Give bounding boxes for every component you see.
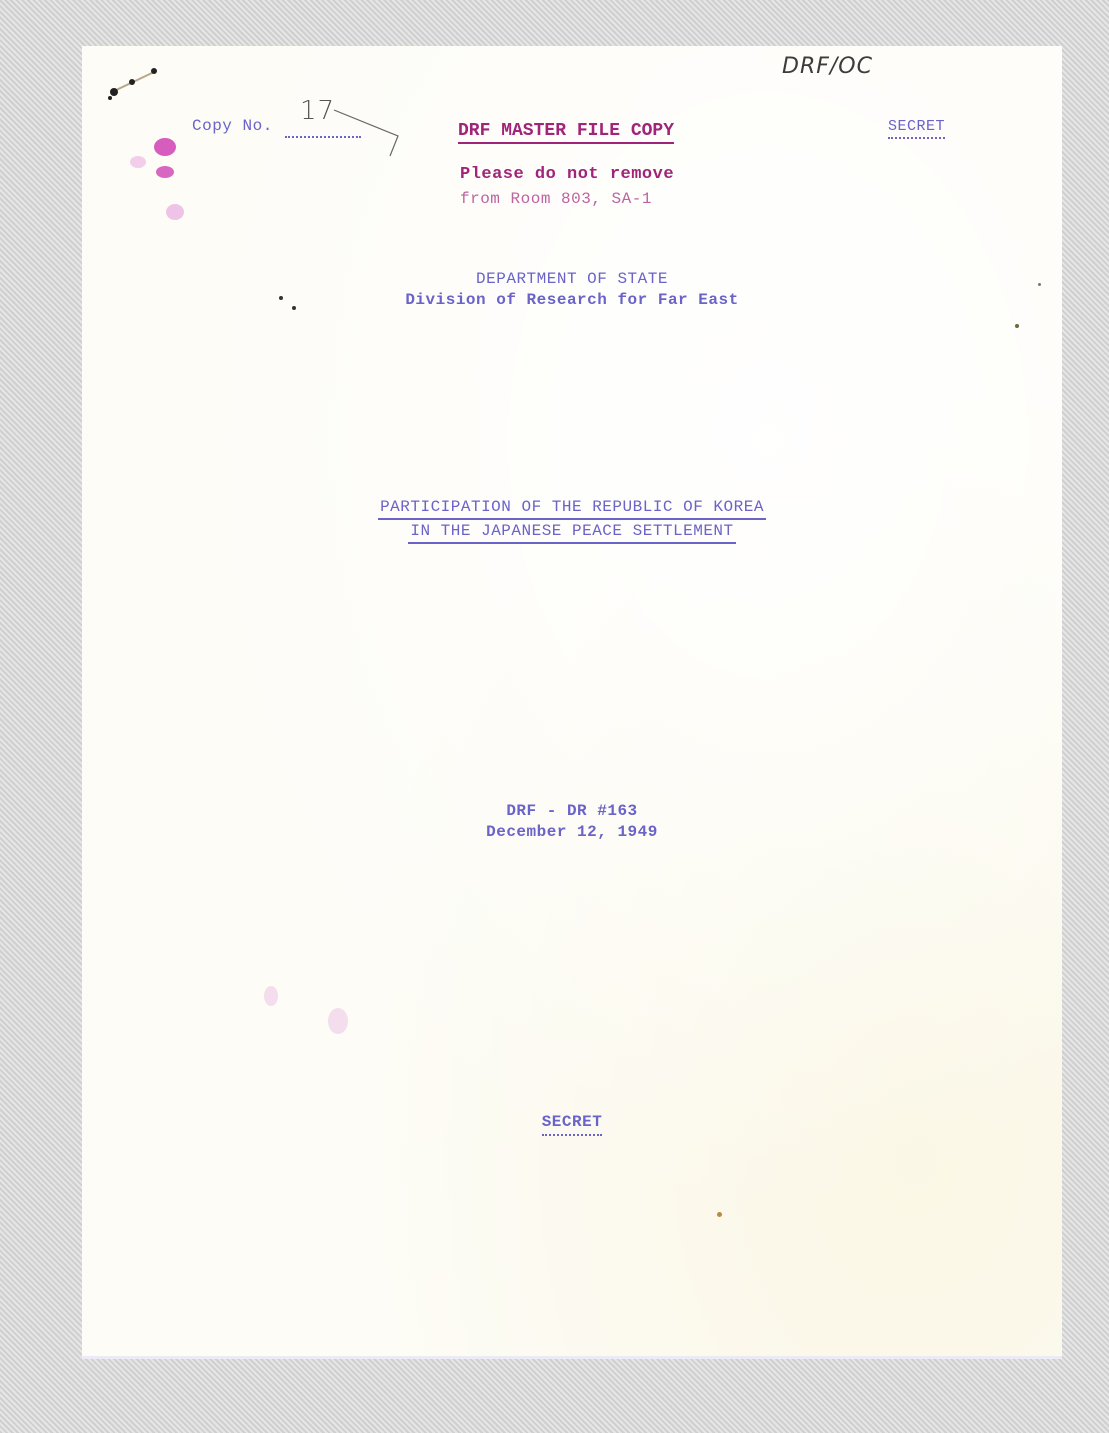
ink-smudge [156,166,174,178]
department-name: DEPARTMENT OF STATE [82,269,1062,290]
reference-block: DRF - DR #163 December 12, 1949 [82,801,1062,843]
copy-number-value: 17 [300,96,335,126]
paper-speck [717,1212,722,1217]
title-line2: IN THE JAPANESE PEACE SETTLEMENT [408,520,735,544]
document-title: PARTICIPATION OF THE REPUBLIC OF KOREA I… [82,496,1062,544]
stamp-instruction-line1: Please do not remove [460,165,674,184]
handwritten-arrow-icon [332,106,402,166]
document-page: DRF/OC Copy No. 17 DRF MASTER FILE COPY … [82,46,1062,1356]
ink-smudge [154,138,176,156]
classification-bottom: SECRET [82,1113,1062,1131]
handwritten-file-code: DRF/OC [782,54,873,79]
master-file-stamp: DRF MASTER FILE COPY [458,121,674,141]
report-number: DRF - DR #163 [82,801,1062,822]
report-date: December 12, 1949 [82,822,1062,843]
classification-top: SECRET [888,118,945,139]
ink-smudge [264,986,278,1006]
department-heading: DEPARTMENT OF STATE Division of Research… [82,269,1062,311]
division-name: Division of Research for Far East [82,290,1062,311]
paper-speck [1015,324,1019,328]
title-line1: PARTICIPATION OF THE REPUBLIC OF KOREA [378,496,766,520]
ink-smudge [166,204,184,220]
master-file-stamp-title: DRF MASTER FILE COPY [458,121,674,144]
staple-icon [102,62,162,102]
classification-bottom-text: SECRET [542,1113,603,1136]
ink-smudge [130,156,146,168]
ink-smudge [328,1008,348,1034]
stamp-instruction-line2: from Room 803, SA-1 [460,190,652,208]
copy-number-label: Copy No. [192,117,273,135]
